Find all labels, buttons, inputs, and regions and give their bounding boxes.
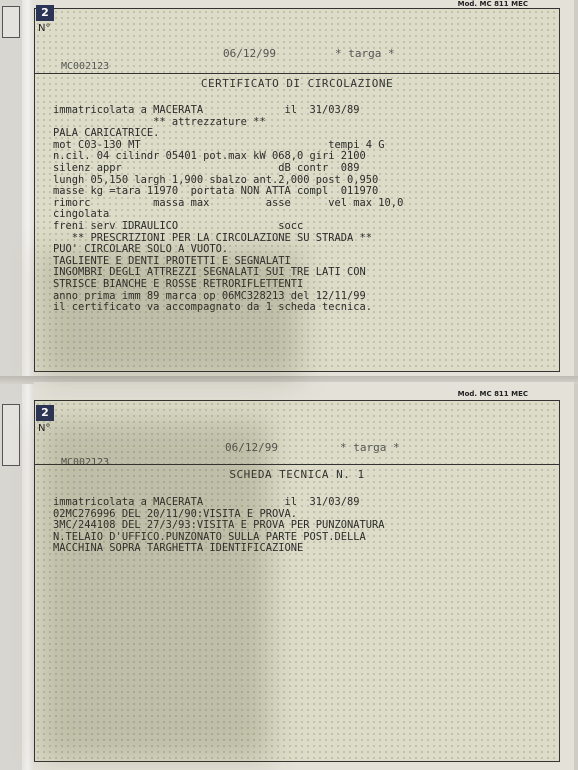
document-title: SCHEDA TECNICA N. 1	[35, 468, 559, 481]
number-label: N°	[38, 23, 50, 34]
page-badge: 2	[36, 405, 54, 421]
title-divider	[35, 464, 559, 465]
text-line: PUO' CIRCOLARE SOLO A VUOTO.	[53, 244, 549, 256]
issue-date: 06/12/99	[223, 47, 276, 60]
page-gutter	[22, 0, 34, 770]
text-line: freni serv IDRAULICO socc	[53, 221, 549, 233]
page-badge: 2	[36, 5, 54, 21]
text-line: silenz appr dB contr 089	[53, 163, 549, 175]
text-line: immatricolata a MACERATA il 31/03/89	[53, 105, 549, 117]
registration-code: MC002123	[61, 61, 109, 72]
text-line: rimorc massa max asse vel max 10,0	[53, 198, 549, 210]
form-code: Mod. MC 811 MEC	[458, 390, 528, 398]
targa-label: * targa *	[335, 47, 395, 60]
number-label: N°	[38, 423, 50, 434]
adjacent-page-box	[2, 404, 20, 466]
adjacent-page-box	[2, 6, 20, 38]
adjacent-page-strip	[0, 0, 24, 770]
targa-label: * targa *	[340, 441, 400, 454]
text-line: immatricolata a MACERATA il 31/03/89	[53, 497, 549, 509]
registration-code: MC002123	[61, 457, 109, 468]
form-code: Mod. MC 811 MEC	[458, 0, 528, 8]
text-line: STRISCE BIANCHE E ROSSE RETRORIFLETTENTI	[53, 279, 549, 291]
scheda-frame: 2 N° 06/12/99 * targa * MC002123 SCHEDA …	[34, 400, 560, 762]
text-line: MACCHINA SOPRA TARGHETTA IDENTIFICAZIONE	[53, 543, 549, 555]
certificato-sheet: Mod. MC 811 MEC 2 N° 06/12/99 * targa * …	[34, 0, 574, 378]
scheda-body: immatricolata a MACERATA il 31/03/8902MC…	[53, 497, 549, 555]
text-line: il certificato va accompagnato da 1 sche…	[53, 302, 549, 314]
title-divider	[35, 73, 559, 74]
scheda-tecnica-sheet: Mod. MC 811 MEC 2 N° 06/12/99 * targa * …	[34, 382, 574, 770]
certificato-body: immatricolata a MACERATA il 31/03/89 ** …	[53, 105, 549, 314]
text-line: masse kg =tara 11970 portata NON ATTA co…	[53, 186, 549, 198]
certificato-frame: 2 N° 06/12/99 * targa * MC002123 CERTIFI…	[34, 8, 560, 372]
document-title: CERTIFICATO DI CIRCOLAZIONE	[35, 77, 559, 90]
issue-date: 06/12/99	[225, 441, 278, 454]
